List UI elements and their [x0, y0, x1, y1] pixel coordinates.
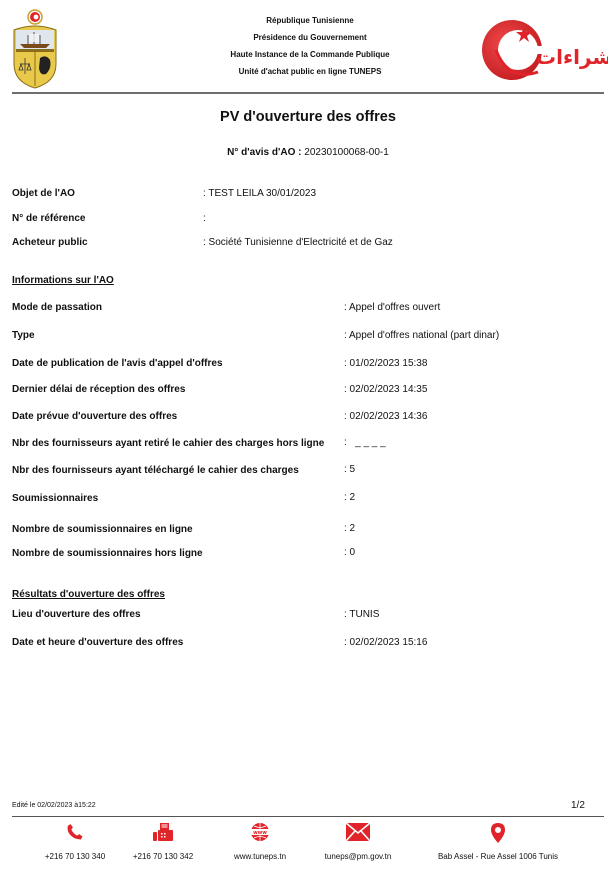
label-soumissionnaires-en-ligne: Nombre de soumissionnaires en ligne	[12, 524, 193, 535]
footer-web: www www.tuneps.tn	[230, 822, 290, 847]
section-heading-resultats: Résultats d'ouverture des offres	[12, 589, 165, 600]
header-line-hicp: Haute Instance de la Commande Publique	[170, 50, 450, 59]
email-link[interactable]: tuneps@pm.gov.tn	[325, 852, 392, 861]
label-date-publication: Date de publication de l'avis d'appel d'…	[12, 358, 223, 369]
header-line-presidence: Présidence du Gouvernement	[170, 33, 450, 42]
fax-icon	[133, 822, 193, 847]
label-reference: N° de référence	[12, 213, 85, 224]
section-heading-info: Informations sur l'AO	[12, 275, 114, 286]
coat-of-arms-logo	[10, 8, 60, 90]
header-line-republique: République Tunisienne	[170, 16, 450, 25]
label-objet: Objet de l'AO	[12, 188, 75, 199]
value-type: : Appel d'offres national (part dinar)	[344, 330, 499, 341]
label-date-prevue: Date prévue d'ouverture des offres	[12, 411, 177, 422]
location-pin-icon	[468, 822, 528, 849]
website-link[interactable]: www.tuneps.tn	[234, 852, 286, 861]
value-soumissionnaires-en-ligne: : 2	[344, 523, 355, 534]
label-telecharge: Nbr des fournisseurs ayant téléchargé le…	[12, 465, 299, 476]
header-line-tuneps: Unité d'achat public en ligne TUNEPS	[170, 67, 450, 76]
label-lieu-ouverture: Lieu d'ouverture des offres	[12, 609, 141, 620]
phone-icon	[45, 822, 105, 847]
value-telecharge: : 5	[344, 464, 355, 475]
label-acheteur: Acheteur public	[12, 237, 88, 248]
page-title: PV d'ouverture des offres	[0, 109, 616, 125]
avis-number: N° d'avis d'AO : 20230100068-00-1	[0, 147, 616, 158]
value-date-heure-ouverture: : 02/02/2023 15:16	[344, 637, 427, 648]
e-echra-logo: الشراءات	[478, 10, 608, 90]
footer-phone: +216 70 130 340	[45, 822, 105, 847]
footer-divider	[12, 816, 604, 817]
value-date-publication: : 01/02/2023 15:38	[344, 358, 427, 369]
value-lieu-ouverture: : TUNIS	[344, 609, 379, 620]
avis-label: N° d'avis d'AO :	[227, 147, 301, 158]
label-retire-hors-ligne: Nbr des fournisseurs ayant retiré le cah…	[12, 438, 327, 449]
address-text: Bab Assel - Rue Assel 1006 Tunis	[438, 852, 558, 861]
label-type: Type	[12, 330, 35, 341]
footer-mail: tuneps@pm.gov.tn	[328, 822, 388, 847]
value-soumissionnaires-hors-ligne: : 0	[344, 547, 355, 558]
web-icon: www	[230, 822, 290, 847]
edited-date: Edité le 02/02/2023 à15:22	[12, 802, 96, 809]
fax-number: +216 70 130 342	[133, 852, 193, 861]
label-soumissionnaires-hors-ligne: Nombre de soumissionnaires hors ligne	[12, 548, 203, 559]
value-acheteur: : Société Tunisienne d'Electricité et de…	[203, 237, 393, 248]
svg-text:الشراءات: الشراءات	[536, 45, 608, 69]
label-mode-passation: Mode de passation	[12, 302, 102, 313]
header-divider	[12, 92, 604, 94]
value-dernier-delai: : 02/02/2023 14:35	[344, 384, 427, 395]
label-soumissionnaires: Soumissionnaires	[12, 493, 98, 504]
footer-fax: +216 70 130 342	[133, 822, 193, 847]
label-date-heure-ouverture: Date et heure d'ouverture des offres	[12, 637, 183, 648]
phone-number: +216 70 130 340	[45, 852, 105, 861]
value-soumissionnaires: : 2	[344, 492, 355, 503]
value-objet: : TEST LEILA 30/01/2023	[203, 188, 316, 199]
mail-icon	[328, 822, 388, 847]
value-date-prevue: : 02/02/2023 14:36	[344, 411, 427, 422]
value-retire-hors-ligne: : _ _ _ _	[344, 437, 386, 448]
footer-address: Bab Assel - Rue Assel 1006 Tunis	[468, 822, 528, 849]
value-mode-passation: : Appel d'offres ouvert	[344, 302, 440, 313]
avis-value: 20230100068-00-1	[304, 147, 389, 158]
label-dernier-delai: Dernier délai de réception des offres	[12, 384, 185, 395]
page-number: 1/2	[571, 800, 585, 811]
value-reference: :	[203, 213, 206, 224]
